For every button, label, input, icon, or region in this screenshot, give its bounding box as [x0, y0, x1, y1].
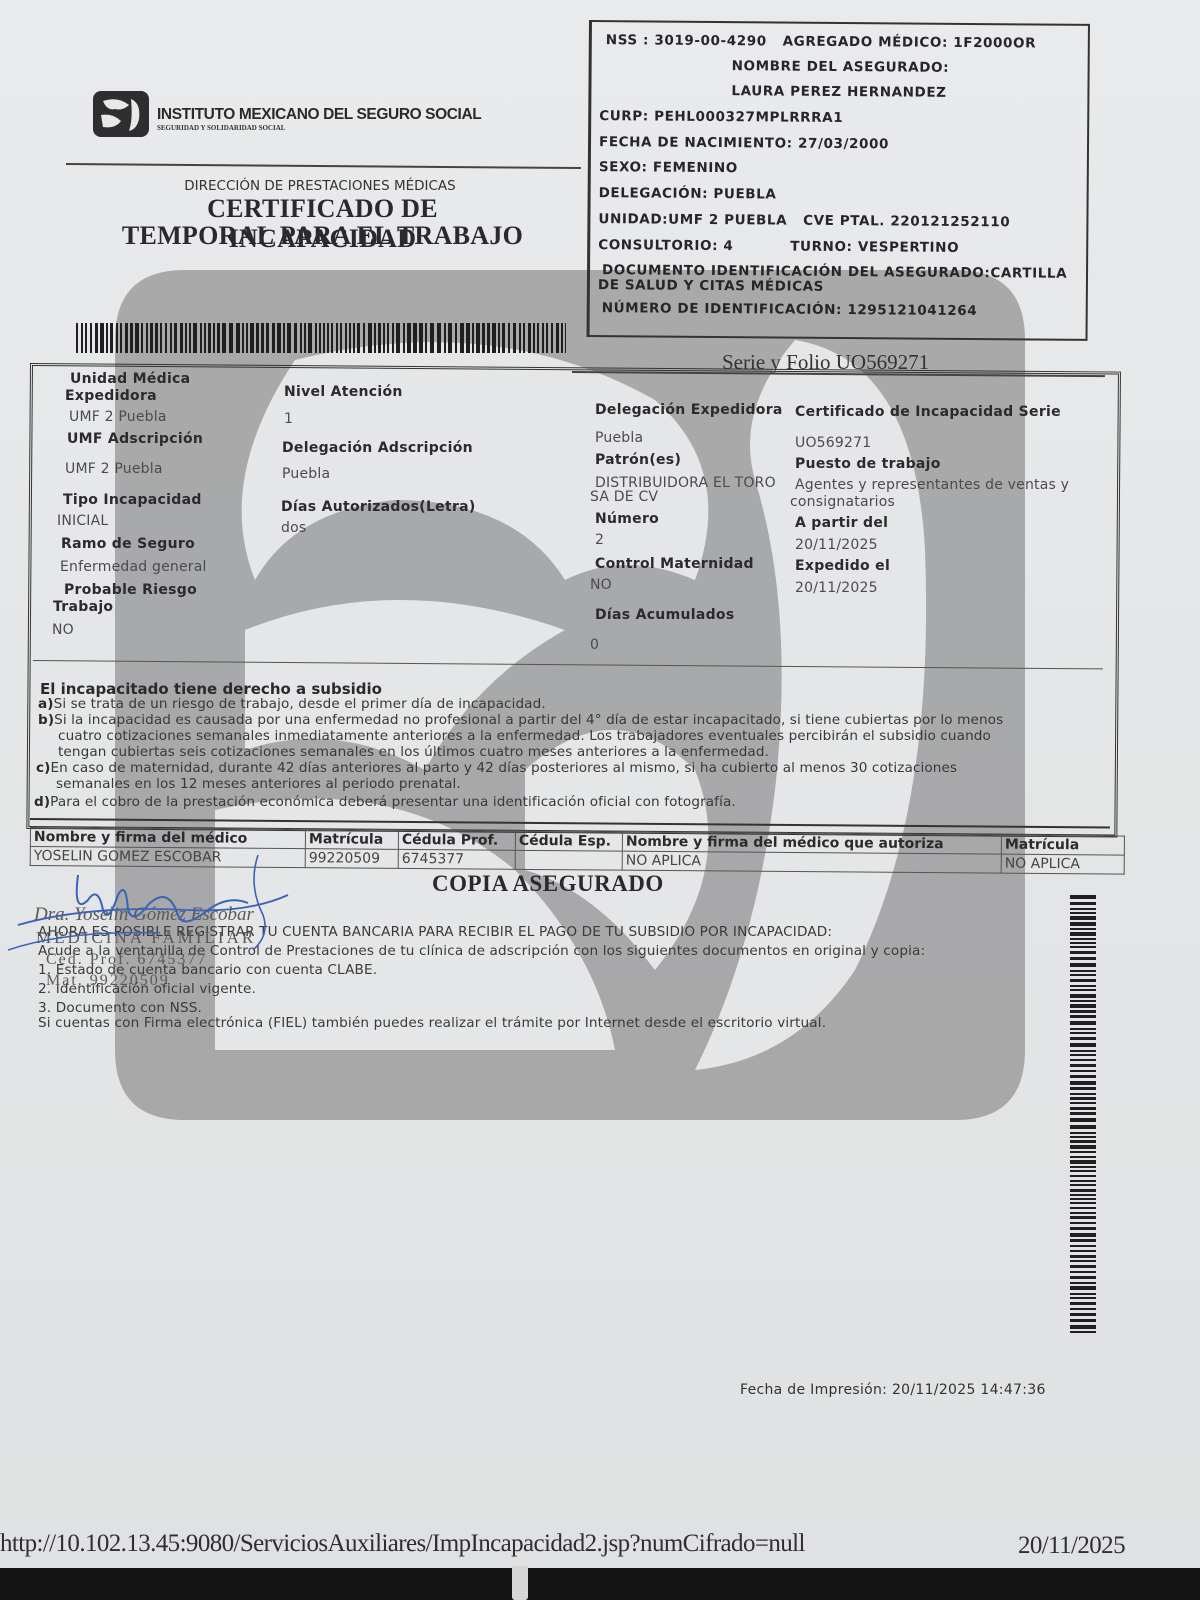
- umf-adscripcion-label: UMF Adscripción: [67, 431, 203, 448]
- tipo-incapacidad-value: INICIAL: [57, 513, 108, 530]
- authorizing-matricula: NO APLICA: [1001, 854, 1124, 874]
- legal-item-c: c)En caso de maternidad, durante 42 días…: [36, 761, 957, 776]
- nivel-label: Nivel Atención: [284, 384, 403, 401]
- nss-line: NSS : 3019-00-4290 AGREGADO MÉDICO: 1F20…: [606, 32, 1036, 51]
- col-doctor-name: Nombre y firma del médico: [30, 828, 305, 849]
- dias-autorizados-value: dos: [281, 520, 306, 537]
- id-number-value: 1295121041264: [847, 302, 977, 319]
- birth-value: 27/03/2000: [798, 136, 889, 153]
- patron-label: Patrón(es): [595, 452, 681, 469]
- insured-name: LAURA PEREZ HERNANDEZ: [731, 83, 946, 101]
- nss-value: 3019-00-4290: [654, 33, 766, 50]
- header-divider: [66, 163, 581, 169]
- legal-mark-a: a): [38, 696, 54, 712]
- legal-mark-d: d): [34, 794, 50, 810]
- nss-label: NSS :: [606, 32, 649, 48]
- barcode-vertical: [1070, 895, 1100, 1335]
- id-number-label: NÚMERO DE IDENTIFICACIÓN:: [602, 300, 842, 318]
- agregado-label: AGREGADO MÉDICO:: [783, 34, 948, 51]
- delegacion-expedidora-label: Delegación Expedidora: [595, 402, 783, 419]
- col-matricula-auth: Matrícula: [1001, 835, 1124, 855]
- barcode-horizontal: [76, 323, 566, 353]
- direction-label: DIRECCIÓN DE PRESTACIONES MÉDICAS: [120, 178, 520, 194]
- patron-value-2: SA DE CV: [590, 489, 658, 506]
- binder-string: [512, 1566, 528, 1600]
- cert-serie-label: Certificado de Incapacidad Serie: [795, 404, 1061, 421]
- shift-label: TURNO:: [790, 239, 852, 255]
- shift-value: VESPERTINO: [858, 239, 959, 256]
- tipo-incapacidad-label: Tipo Incapacidad: [63, 492, 202, 509]
- office-value: 4: [723, 238, 733, 254]
- control-maternidad-value: NO: [590, 577, 612, 594]
- delegacion-adscripcion-value: Puebla: [282, 466, 330, 483]
- delegation-line: DELEGACIÓN: PUEBLA: [599, 185, 777, 202]
- office-line: CONSULTORIO: 4: [598, 237, 733, 254]
- legal-item-d: d)Para el cobro de la prestación económi…: [34, 795, 736, 810]
- certificate-page: INSTITUTO MEXICANO DEL SEGURO SOCIAL SEG…: [0, 0, 1200, 1572]
- unidad-expedidora-label-2: Expedidora: [65, 388, 157, 405]
- riesgo-label-1: Probable Riesgo: [64, 582, 197, 599]
- legal-item-a: a)Si se trata de un riesgo de trabajo, d…: [38, 697, 546, 712]
- curp-line: CURP: PEHL000327MPLRRRA1: [599, 108, 843, 126]
- legal-text-a: Si se trata de un riesgo de trabajo, des…: [54, 696, 546, 712]
- id-number-line: NÚMERO DE IDENTIFICACIÓN: 1295121041264: [602, 300, 978, 319]
- legal-text-c1: En caso de maternidad, durante 42 días a…: [50, 760, 957, 776]
- unit-line: UNIDAD:UMF 2 PUEBLA CVE PTAL. 2201212521…: [598, 211, 1010, 230]
- authorizing-doctor: NO APLICA: [622, 851, 1001, 873]
- col-matricula: Matrícula: [305, 830, 398, 850]
- legal-mark-c: c): [36, 760, 50, 776]
- footer-url: http://10.102.13.45:9080/ServiciosAuxili…: [0, 1530, 805, 1558]
- delegation-label: DELEGACIÓN:: [599, 185, 709, 202]
- unit-value: UMF 2 PUEBLA: [668, 212, 787, 229]
- expedido-value: 20/11/2025: [795, 580, 878, 597]
- id-doc-line2: DE SALUD Y CITAS MÉDICAS: [598, 277, 824, 295]
- instructions-line3: Si cuentas con Firma electrónica (FIEL) …: [38, 1015, 826, 1031]
- delegacion-adscripcion-label: Delegación Adscripción: [282, 440, 473, 457]
- doctor-signature-icon: [8, 855, 298, 975]
- institution-tagline: SEGURIDAD Y SOLIDARIDAD SOCIAL: [157, 124, 285, 132]
- cert-serie-value: UO569271: [795, 435, 871, 452]
- birth-line: FECHA DE NACIMIENTO: 27/03/2000: [599, 134, 889, 152]
- insured-info-box: NSS : 3019-00-4290 AGREGADO MÉDICO: 1F20…: [587, 20, 1090, 341]
- legal-mark-b: b): [38, 712, 54, 728]
- background-surface: [0, 1568, 1200, 1600]
- agregado-value: 1F2000OR: [953, 35, 1036, 52]
- curp-value: PEHL000327MPLRRRA1: [654, 109, 843, 126]
- curp-label: CURP:: [599, 108, 649, 124]
- puesto-label: Puesto de trabajo: [795, 456, 941, 473]
- shift-line: TURNO: VESPERTINO: [790, 239, 959, 256]
- dias-acumulados-label: Días Acumulados: [595, 607, 734, 624]
- sex-value: FEMENINO: [653, 160, 738, 177]
- riesgo-label-2: Trabajo: [53, 599, 113, 616]
- legal-item-b: b)Si la incapacidad es causada por una e…: [38, 713, 1003, 728]
- sex-line: SEXO: FEMENINO: [599, 159, 738, 176]
- puesto-value-2: consignatarios: [790, 494, 895, 511]
- unidad-expedidora-label-1: Unidad Médica: [70, 371, 190, 388]
- print-timestamp: Fecha de Impresión: 20/11/2025 14:47:36: [740, 1382, 1046, 1398]
- institution-name: INSTITUTO MEXICANO DEL SEGURO SOCIAL: [157, 106, 481, 124]
- delegation-value: PUEBLA: [713, 186, 776, 202]
- puesto-value-1: Agentes y representantes de ventas y: [795, 477, 1069, 494]
- dias-acumulados-value: 0: [590, 637, 599, 654]
- legal-text-b2: cuatro cotizaciones semanales inmediatam…: [58, 729, 991, 744]
- legal-text-b1: Si la incapacidad es causada por una enf…: [54, 712, 1003, 728]
- col-cedula-prof: Cédula Prof.: [398, 830, 515, 850]
- instructions-item3: 3. Documento con NSS.: [38, 1000, 202, 1016]
- legal-text-b3: tengan cubiertas seis cotizaciones seman…: [58, 745, 769, 760]
- insured-name-label: NOMBRE DEL ASEGURADO:: [732, 58, 950, 76]
- umf-adscripcion-value: UMF 2 Puebla: [65, 461, 163, 478]
- sex-label: SEXO:: [599, 159, 648, 175]
- cve-value: 220121252110: [890, 213, 1010, 230]
- ramo-label: Ramo de Seguro: [61, 536, 195, 553]
- dias-autorizados-label: Días Autorizados(Letra): [281, 499, 476, 516]
- numero-label: Número: [595, 511, 659, 528]
- legal-text-d: Para el cobro de la prestación económica…: [50, 794, 736, 810]
- numero-value: 2: [595, 532, 604, 549]
- birth-label: FECHA DE NACIMIENTO:: [599, 134, 793, 152]
- col-cedula-esp: Cédula Esp.: [515, 831, 622, 851]
- office-label: CONSULTORIO:: [598, 237, 718, 254]
- ramo-value: Enfermedad general: [60, 559, 207, 576]
- apartir-value: 20/11/2025: [795, 537, 878, 554]
- legal-text-c2: semanales en los 12 meses anteriores al …: [56, 777, 461, 792]
- expedido-label: Expedido el: [795, 558, 890, 575]
- doctor-matricula: 99220509: [305, 849, 398, 869]
- document-title-line2: TEMPORAL PARA EL TRABAJO: [110, 221, 535, 251]
- unidad-expedidora-value: UMF 2 Puebla: [69, 409, 167, 426]
- footer-date: 20/11/2025: [1018, 1532, 1125, 1560]
- copy-label: COPIA ASEGURADO: [432, 871, 664, 897]
- unit-label: UNIDAD:: [598, 211, 668, 228]
- nivel-value: 1: [284, 411, 293, 428]
- cve-label: CVE PTAL.: [803, 213, 885, 230]
- riesgo-value: NO: [52, 622, 74, 639]
- doctor-cedula-prof: 6745377: [398, 849, 515, 869]
- delegacion-expedidora-value: Puebla: [595, 430, 643, 447]
- doctor-cedula-esp: [515, 850, 622, 870]
- apartir-label: A partir del: [795, 515, 888, 532]
- control-maternidad-label: Control Maternidad: [595, 556, 754, 573]
- imss-logo-icon: [93, 91, 149, 137]
